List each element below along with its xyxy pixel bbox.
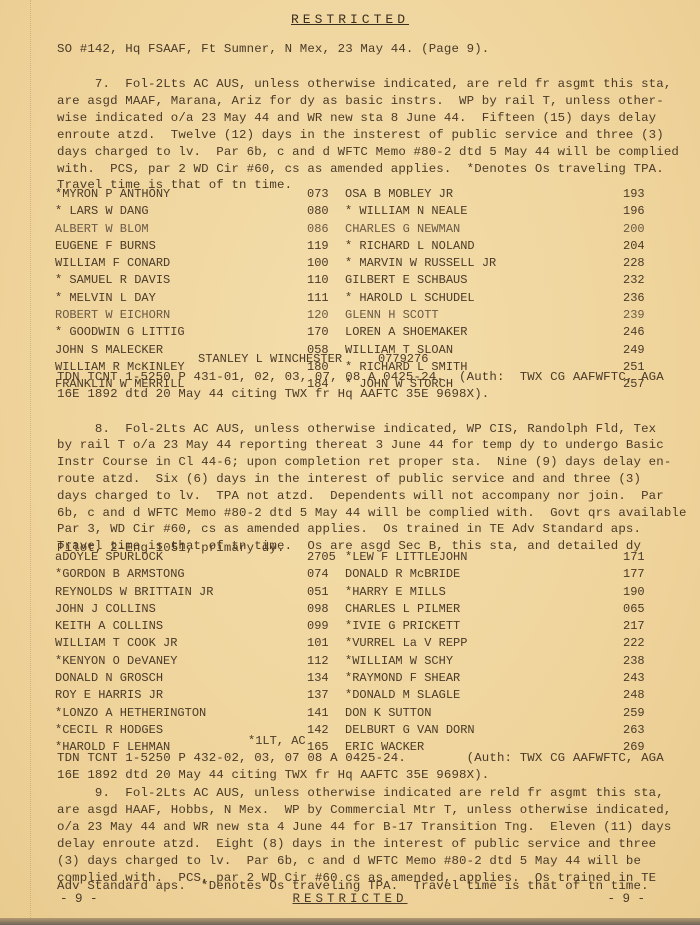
officer-name: JOHN J COLLINS <box>55 601 156 618</box>
officer-name: * RICHARD L NOLAND <box>345 238 475 255</box>
officer-name: JOHN S MALECKER <box>55 342 163 359</box>
para7-line: enroute atzd. Twelve (12) days in the in… <box>57 127 664 144</box>
serial-number: 248 <box>623 687 645 704</box>
roster-row: ALBERT W BLOM086CHARLES G NEWMAN200 <box>55 221 675 238</box>
para7-line: 7. Fol-2Lts AC AUS, unless otherwise ind… <box>57 76 671 93</box>
serial-number: 193 <box>623 186 645 203</box>
rank-note: *1LT, AC <box>248 734 306 748</box>
serial-number: 074 <box>307 566 329 583</box>
officer-name: * WILLIAM N NEALE <box>345 203 467 220</box>
serial-number: 2705 <box>307 549 336 566</box>
serial-number: 100 <box>307 255 329 272</box>
para8-line: by rail T o/a 23 May 44 reporting therea… <box>57 437 664 454</box>
officer-name: *LEW F LITTLEJOHN <box>345 549 467 566</box>
serial-number: 086 <box>307 221 329 238</box>
roster-row: ROY E HARRIS JR137*DONALD M SLAGLE248 <box>55 687 675 704</box>
para9-line: (3) days charged to lv. Par 6b, c and d … <box>57 853 641 870</box>
para7-line: with. PCS, par 2 WD Cir #60, cs as amend… <box>57 161 664 178</box>
serial-number: 200 <box>623 221 645 238</box>
serial-number: 196 <box>623 203 645 220</box>
officer-name: * LARS W DANG <box>55 203 149 220</box>
serial-number: 236 <box>623 290 645 307</box>
serial-number: 217 <box>623 618 645 635</box>
classification-footer: RESTRICTED <box>0 892 700 906</box>
para9-line: 9. Fol-2Lts AC AUS, unless otherwise ind… <box>57 785 664 802</box>
serial-number: 051 <box>307 584 329 601</box>
serial-number: 177 <box>623 566 645 583</box>
officer-name: *GORDON B ARMSTONG <box>55 566 185 583</box>
roster-row: WILLIAM F CONARD100* MARVIN W RUSSELL JR… <box>55 255 675 272</box>
para8-tdn-line: 16E 1892 dtd 20 May 44 citing TWX fr Hq … <box>57 767 489 784</box>
para8-line: route atzd. Six (6) days in the interest… <box>57 471 641 488</box>
roster-row: *MYRON P ANTHONY073OSA B MOBLEY JR193 <box>55 186 675 203</box>
extra-officer-name: STANLEY L WINCHESTER <box>198 352 342 366</box>
roster-row: JOHN S MALECKER058WILLIAM T SLOAN249 <box>55 342 675 359</box>
officer-name: *IVIE G PRICKETT <box>345 618 460 635</box>
officer-name: *MYRON P ANTHONY <box>55 186 170 203</box>
roster-row: * SAMUEL R DAVIS110GILBERT E SCHBAUS232 <box>55 272 675 289</box>
officer-name: DON K SUTTON <box>345 705 431 722</box>
serial-number: 232 <box>623 272 645 289</box>
officer-name: *VURREL La V REPP <box>345 635 467 652</box>
serial-number: 170 <box>307 324 329 341</box>
officer-name: *DONALD M SLAGLE <box>345 687 460 704</box>
officer-name: * MELVIN L DAY <box>55 290 156 307</box>
serial-number: 110 <box>307 272 329 289</box>
subject-line: SO #142, Hq FSAAF, Ft Sumner, N Mex, 23 … <box>57 41 489 58</box>
officer-name: OSA B MOBLEY JR <box>345 186 453 203</box>
serial-number: 142 <box>307 722 329 739</box>
para7-roster: *MYRON P ANTHONY073OSA B MOBLEY JR193 * … <box>55 186 675 394</box>
serial-number: 073 <box>307 186 329 203</box>
para7-line: are asgd MAAF, Marana, Ariz for dy as ba… <box>57 93 664 110</box>
para7-line: days charged to lv. Par 6b, c and d WFTC… <box>57 144 679 161</box>
roster-row: EUGENE F BURNS119* RICHARD L NOLAND204 <box>55 238 675 255</box>
serial-number: 171 <box>623 549 645 566</box>
para7-tdn-line: 16E 1892 dtd 20 May 44 citing TWX fr Hq … <box>57 386 489 403</box>
para8-line: Instr Course in Cl 44-6; upon completion… <box>57 454 671 471</box>
officer-name: DELBURT G VAN DORN <box>345 722 475 739</box>
officer-name: * GOODWIN G LITTIG <box>55 324 185 341</box>
officer-name: aDOYLE SPURLOCK <box>55 549 163 566</box>
serial-number: 137 <box>307 687 329 704</box>
officer-name: * MARVIN W RUSSELL JR <box>345 255 496 272</box>
para8-tdn-line: TDN TCNT 1-5250 P 432-02, 03, 07 08 A 04… <box>57 750 664 767</box>
serial-number: 204 <box>623 238 645 255</box>
officer-name: KEITH A COLLINS <box>55 618 163 635</box>
serial-number: 243 <box>623 670 645 687</box>
officer-name: GLENN H SCOTT <box>345 307 439 324</box>
officer-name: LOREN A SHOEMAKER <box>345 324 467 341</box>
margin-marks <box>30 0 33 920</box>
officer-name: *LONZO A HETHERINGTON <box>55 705 206 722</box>
roster-row: * GOODWIN G LITTIG170LOREN A SHOEMAKER24… <box>55 324 675 341</box>
serial-number: 259 <box>623 705 645 722</box>
classification-header: RESTRICTED <box>0 12 700 27</box>
serial-number: 134 <box>307 670 329 687</box>
serial-number: 249 <box>623 342 645 359</box>
para9-line: delay enroute atzd. Eight (8) days in th… <box>57 836 656 853</box>
serial-number: 099 <box>307 618 329 635</box>
roster-row: DONALD N GROSCH134*RAYMOND F SHEAR243 <box>55 670 675 687</box>
officer-name: *WILLIAM W SCHY <box>345 653 453 670</box>
officer-name: REYNOLDS W BRITTAIN JR <box>55 584 213 601</box>
serial-number: 239 <box>623 307 645 324</box>
officer-name: * SAMUEL R DAVIS <box>55 272 170 289</box>
serial-number: 228 <box>623 255 645 272</box>
officer-name: WILLIAM F CONARD <box>55 255 170 272</box>
roster-row: * MELVIN L DAY111* HAROLD L SCHUDEL236 <box>55 290 675 307</box>
serial-number: 112 <box>307 653 329 670</box>
serial-number: 263 <box>623 722 645 739</box>
officer-name: CHARLES G NEWMAN <box>345 221 460 238</box>
officer-name: ROY E HARRIS JR <box>55 687 163 704</box>
officer-name: DONALD R McBRIDE <box>345 566 460 583</box>
officer-name: *RAYMOND F SHEAR <box>345 670 460 687</box>
officer-name: *KENYON O DeVANEY <box>55 653 177 670</box>
roster-row: *LONZO A HETHERINGTON141DON K SUTTON259 <box>55 705 675 722</box>
serial-number: 098 <box>307 601 329 618</box>
officer-name: CHARLES L PILMER <box>345 601 460 618</box>
serial-number: 080 <box>307 203 329 220</box>
para8-line: 8. Fol-2Lts AC AUS, unless otherwise ind… <box>57 421 656 438</box>
roster-row: JOHN J COLLINS098CHARLES L PILMER065 <box>55 601 675 618</box>
para8-line: 6b, c and d WFTC Memo #80-2 dtd 5 May 44… <box>57 505 687 522</box>
roster-row: ROBERT W EICHORN120GLENN H SCOTT239 <box>55 307 675 324</box>
serial-number: 120 <box>307 307 329 324</box>
serial-number: 238 <box>623 653 645 670</box>
roster-row: *CECIL R HODGES142DELBURT G VAN DORN263 <box>55 722 675 739</box>
para8-roster: aDOYLE SPURLOCK2705*LEW F LITTLEJOHN171 … <box>55 549 675 757</box>
para7-line: wise indicated o/a 23 May 44 and WR new … <box>57 110 656 127</box>
roster-row: *GORDON B ARMSTONG074DONALD R McBRIDE177 <box>55 566 675 583</box>
page-bottom-edge <box>0 918 700 925</box>
para8-line: days charged to lv. TPA not atzd. Depend… <box>57 488 664 505</box>
extra-officer-serial: 0779276 <box>378 352 428 366</box>
officer-name: EUGENE F BURNS <box>55 238 156 255</box>
roster-row: REYNOLDS W BRITTAIN JR051*HARRY E MILLS1… <box>55 584 675 601</box>
serial-number: 065 <box>623 601 645 618</box>
page-number-right: - 9 - <box>607 892 645 906</box>
officer-name: DONALD N GROSCH <box>55 670 163 687</box>
officer-name: GILBERT E SCHBAUS <box>345 272 467 289</box>
officer-name: *HARRY E MILLS <box>345 584 446 601</box>
roster-row: *KENYON O DeVANEY112*WILLIAM W SCHY238 <box>55 653 675 670</box>
serial-number: 246 <box>623 324 645 341</box>
roster-row: * LARS W DANG080* WILLIAM N NEALE196 <box>55 203 675 220</box>
officer-name: ROBERT W EICHORN <box>55 307 170 324</box>
serial-number: 119 <box>307 238 329 255</box>
serial-number: 101 <box>307 635 329 652</box>
serial-number: 190 <box>623 584 645 601</box>
para7-tdn-line: TDN TCNT 1-5250 P 431-01, 02, 03, 07, 08… <box>57 369 664 386</box>
para9-line: o/a 23 May 44 and WR new sta 4 June 44 f… <box>57 819 671 836</box>
roster-row: aDOYLE SPURLOCK2705*LEW F LITTLEJOHN171 <box>55 549 675 566</box>
serial-number: 141 <box>307 705 329 722</box>
serial-number: 222 <box>623 635 645 652</box>
officer-name: ALBERT W BLOM <box>55 221 149 238</box>
serial-number: 111 <box>307 290 329 307</box>
roster-row: WILLIAM T COOK JR101*VURREL La V REPP222 <box>55 635 675 652</box>
para9-line: are asgd HAAF, Hobbs, N Mex. WP by Comme… <box>57 802 671 819</box>
para8-line: Par 3, WD Cir #60, cs as amended applies… <box>57 521 641 538</box>
roster-row: KEITH A COLLINS099*IVIE G PRICKETT217 <box>55 618 675 635</box>
officer-name: * HAROLD L SCHUDEL <box>345 290 475 307</box>
officer-name: WILLIAM T COOK JR <box>55 635 177 652</box>
officer-name: *CECIL R HODGES <box>55 722 163 739</box>
